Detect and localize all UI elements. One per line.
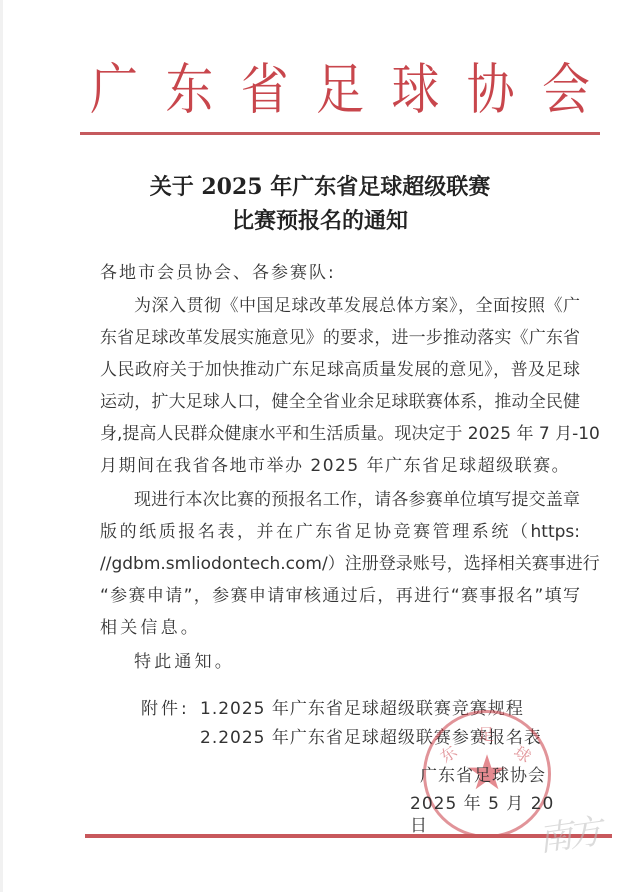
- letterhead-char: 球: [391, 58, 439, 122]
- paragraph2-line: 现进行本次比赛的预报名工作，请各参赛单位填写提交盖章: [134, 489, 580, 511]
- paragraph2-line: 版的纸质报名表，并在广东省足协竞赛管理系统（https:: [100, 521, 580, 543]
- paragraph1-line: 为深入贯彻《中国足球改革发展总体方案》，全面按照《广: [134, 295, 580, 317]
- watermark-logo: 南方: [535, 804, 601, 861]
- paragraph1-line: 东省足球改革发展实施意见》的要求，进一步推动落实《广东省: [100, 327, 580, 349]
- letterhead-char: 会: [542, 58, 590, 122]
- paragraph1-line: 运动，扩大足球人口，健全全省业余足球联赛体系，推动全民健: [100, 391, 580, 413]
- letterhead-char: 协: [467, 58, 515, 122]
- paragraph2-line: 相关信息。: [100, 617, 580, 639]
- letterhead-rule: [80, 132, 600, 135]
- letterhead-char: 省: [241, 58, 289, 122]
- paragraph1-line: 身,提高人民群众健康水平和生活质量。现决定于 2025 年 7 月-10: [100, 423, 580, 445]
- signing-organization: 广东省足球协会: [420, 765, 560, 787]
- paragraph2-line: “参赛申请”，参赛申请审核通过后，再进行“赛事报名”填写: [100, 585, 580, 607]
- paragraph1-line: 人民政府关于加快推动广东足球高质量发展的意见》，普及足球: [100, 359, 580, 381]
- closing-remark: 特此通知。: [134, 651, 580, 673]
- letterhead-organization: 广 东 省 足 球 协 会: [90, 62, 590, 118]
- footer-rule: [85, 834, 612, 838]
- salutation: 各地市会员协会、各参赛队:: [100, 262, 580, 284]
- paragraph2-line: //gdbm.smliodontech.com/）注册登录账号，选择相关赛事进行: [100, 553, 580, 575]
- paragraph1-line: 月期间在我省各地市举办 2025 年广东省足球超级联赛。: [100, 455, 580, 477]
- page-edge: [0, 0, 3, 892]
- document-title-line2: 比赛预报名的通知: [0, 206, 640, 236]
- document-title-line1: 关于 2025 年广东省足球超级联赛: [0, 172, 640, 202]
- attachments-label: 附件:: [141, 698, 190, 720]
- seal-arc-char: 足: [478, 722, 494, 745]
- letterhead-char: 东: [165, 58, 213, 122]
- letterhead-char: 广: [90, 58, 138, 122]
- letterhead-char: 足: [316, 58, 364, 122]
